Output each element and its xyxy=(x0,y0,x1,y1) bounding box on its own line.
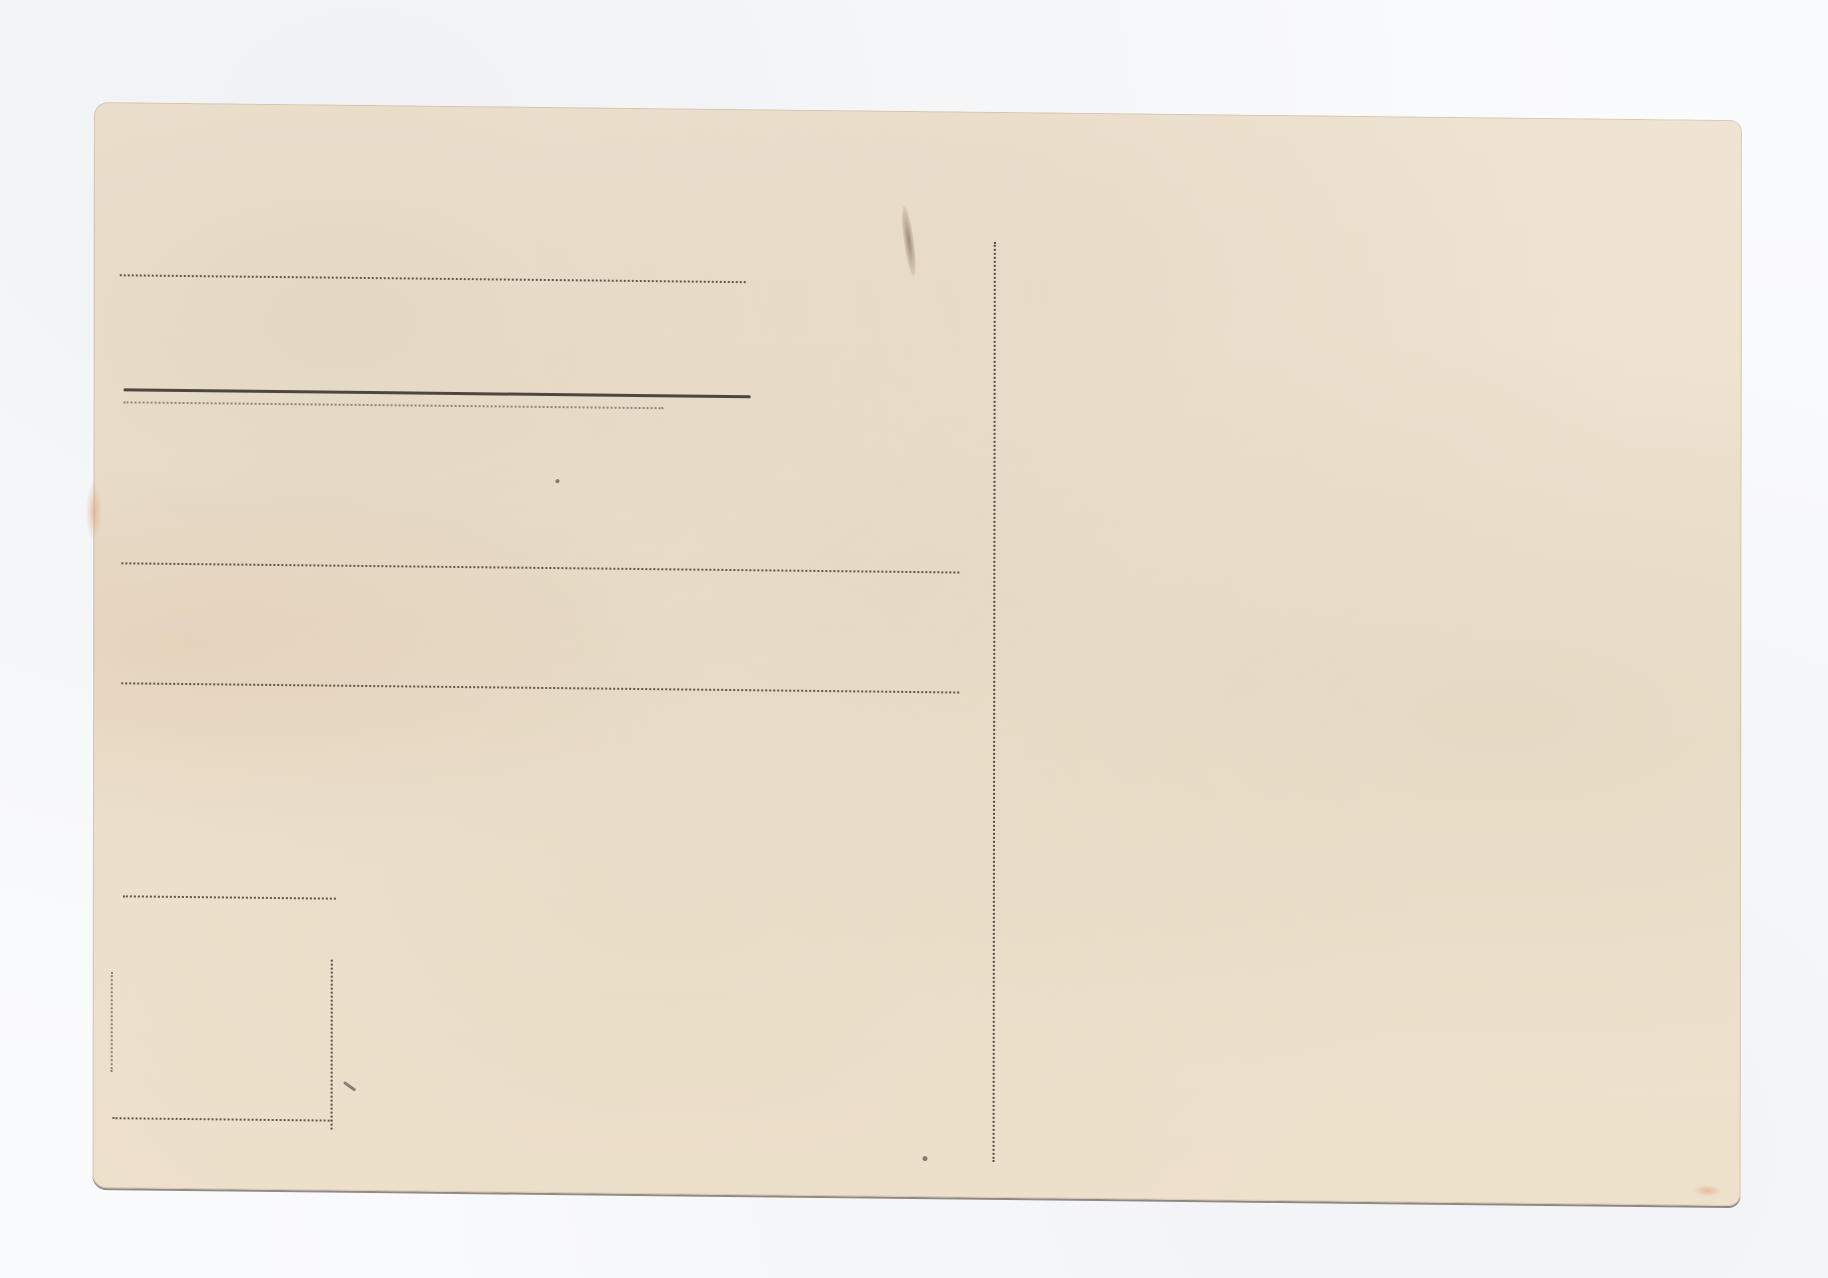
center-divider xyxy=(993,242,996,1162)
scratch-mark xyxy=(343,1081,356,1092)
stamp-box-left xyxy=(111,972,113,1072)
solid-rule xyxy=(124,388,751,398)
address-line-2 xyxy=(124,401,664,409)
stamp-box-right xyxy=(331,960,333,1130)
scan-background xyxy=(0,0,1828,1278)
speck-mark xyxy=(923,1156,928,1161)
address-line-4 xyxy=(121,682,959,693)
edge-wear xyxy=(85,482,101,542)
address-line-3 xyxy=(121,562,959,573)
stamp-box-bottom xyxy=(113,1117,333,1121)
corner-wear xyxy=(1692,1185,1722,1197)
postcard-back xyxy=(92,102,1742,1206)
stain-mark xyxy=(899,206,919,277)
address-line-1 xyxy=(120,274,746,283)
stamp-box-top xyxy=(123,895,336,899)
speck-mark xyxy=(555,479,559,483)
